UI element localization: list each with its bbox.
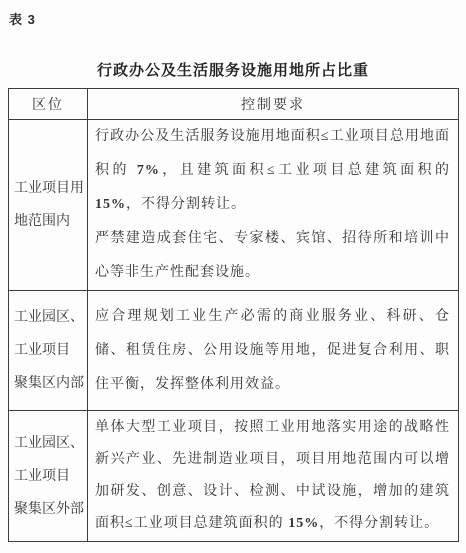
table-row-industrial-park-outside: 工业园区、工业项目聚集区外部 单体大型工业项目，按照工业用地落实用途的战略性新兴…: [9, 411, 459, 542]
table-row-industrial-project-land: 工业项目用地范围内 行政办公及生活服务设施用地面积≤工业项目总用地面积的 7%，…: [9, 120, 459, 291]
document-page: 表 3 行政办公及生活服务设施用地所占比重 区位 控制要求 工业项目用地范围内 …: [0, 0, 466, 553]
table-header-row: 区位 控制要求: [9, 89, 459, 120]
requirements-cell: 应合理规划工业生产必需的商业服务业、科研、仓储、租赁住房、公用设施等用地，促进复…: [88, 291, 459, 411]
table-title: 行政办公及生活服务设施用地所占比重: [8, 59, 458, 80]
header-location: 区位: [9, 89, 88, 120]
requirements-table: 区位 控制要求 工业项目用地范围内 行政办公及生活服务设施用地面积≤工业项目总用…: [8, 88, 459, 542]
requirements-cell: 单体大型工业项目，按照工业用地落实用途的战略性新兴产业、先进制造业项目，项目用地…: [88, 411, 459, 542]
location-cell: 工业项目用地范围内: [9, 120, 88, 291]
location-cell: 工业园区、工业项目聚集区外部: [9, 411, 88, 542]
location-cell: 工业园区、工业项目聚集区内部: [9, 291, 88, 411]
table-number-label: 表 3: [9, 9, 36, 28]
header-control-requirements: 控制要求: [88, 89, 459, 120]
table-row-industrial-park-inside: 工业园区、工业项目聚集区内部 应合理规划工业生产必需的商业服务业、科研、仓储、租…: [9, 291, 459, 411]
requirements-cell: 行政办公及生活服务设施用地面积≤工业项目总用地面积的 7%，且建筑面积≤工业项目…: [88, 120, 459, 291]
